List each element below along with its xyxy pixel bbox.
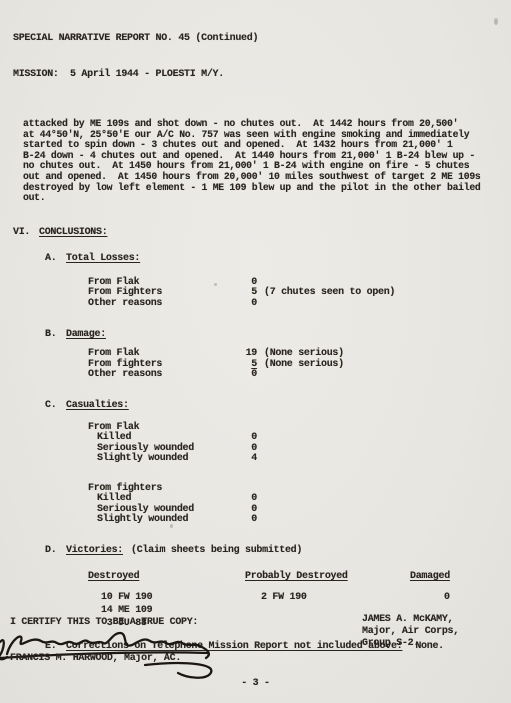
row-value: 0 <box>243 370 257 381</box>
subsection-total-losses: A.Total Losses: <box>45 253 511 265</box>
subsection-letter: D. <box>45 545 66 557</box>
table-row: Other reasons0 <box>88 370 511 381</box>
column-header-destroyed: Destroyed <box>88 571 139 582</box>
page-number: - 3 - <box>0 678 511 689</box>
handwritten-signature <box>0 622 237 682</box>
row-label: Slightly wounded <box>97 454 243 465</box>
section-title: CONCLUSIONS: <box>39 227 107 238</box>
ink-speck <box>494 18 498 25</box>
table-row: Slightly wounded0 <box>97 515 511 526</box>
casualty-group-rows: Killed0 Seriously wounded0 Slightly woun… <box>0 494 511 526</box>
approver-group: Group S-2. <box>362 638 459 650</box>
row-label: Other reasons <box>88 299 243 310</box>
row-note: (7 chutes seen to open) <box>264 288 395 299</box>
approver-name: JAMES A. McKAMY, <box>362 614 459 626</box>
subsection-letter: B. <box>45 329 66 341</box>
damage-rows: From Flak19(None serious) From fighters5… <box>0 349 511 381</box>
subsection-casualties: C.Casualties: <box>45 400 511 412</box>
casualty-group-heading: From fighters <box>88 484 511 495</box>
approver-rank: Major, Air Corps, <box>362 626 459 638</box>
column-header-damaged: Damaged <box>410 571 450 582</box>
section-conclusions-heading: VI.CONCLUSIONS: <box>13 227 511 239</box>
ink-speck <box>170 524 173 528</box>
column-header-probably-destroyed: Probably Destroyed <box>245 571 348 582</box>
casualty-group-rows: Killed0 Seriously wounded0 Slightly woun… <box>0 433 511 465</box>
mission-line: MISSION: 5 April 1944 - PLOESTI M/Y. <box>13 69 511 81</box>
victories-header-row: Destroyed Probably Destroyed Damaged <box>88 571 511 582</box>
subsection-title: Total Losses: <box>66 253 140 264</box>
subsection-victories: D.Victories:(Claim sheets being submitte… <box>45 545 511 557</box>
approver-block: JAMES A. McKAMY, Major, Air Corps, Group… <box>362 614 459 650</box>
subsection-letter: A. <box>45 253 66 265</box>
row-value: 0 <box>243 515 257 526</box>
table-row: Slightly wounded4 <box>97 454 511 465</box>
row-value: 0 <box>243 299 257 310</box>
table-row: Other reasons0 <box>88 299 511 310</box>
ink-speck <box>214 283 217 286</box>
row-note: (None serious) <box>264 360 344 371</box>
casualty-group-heading: From Flak <box>88 423 511 434</box>
total-losses-rows: From Flak0 From Fighters5(7 chutes seen … <box>0 278 511 310</box>
subsection-note: (Claim sheets being submitted) <box>131 545 302 556</box>
typed-signature-name: FRANCIS M. HARWOOD, Major, AC. <box>10 653 181 664</box>
subsection-letter: C. <box>45 400 66 412</box>
subsection-title: Casualties: <box>66 400 129 411</box>
subsection-title: Victories: <box>66 545 123 556</box>
narrative-paragraph: attacked by ME 109s and shot down - no c… <box>23 119 503 204</box>
row-label: Other reasons <box>88 370 243 381</box>
subsection-title: Damage: <box>66 329 106 340</box>
subsection-damage: B.Damage: <box>45 329 511 341</box>
report-header: SPECIAL NARRATIVE REPORT NO. 45 (Continu… <box>0 0 511 105</box>
row-value: 4 <box>243 454 257 465</box>
scanned-report-page: SPECIAL NARRATIVE REPORT NO. 45 (Continu… <box>0 0 511 703</box>
section-number: VI. <box>13 227 39 239</box>
report-title: SPECIAL NARRATIVE REPORT NO. 45 (Continu… <box>13 33 511 45</box>
